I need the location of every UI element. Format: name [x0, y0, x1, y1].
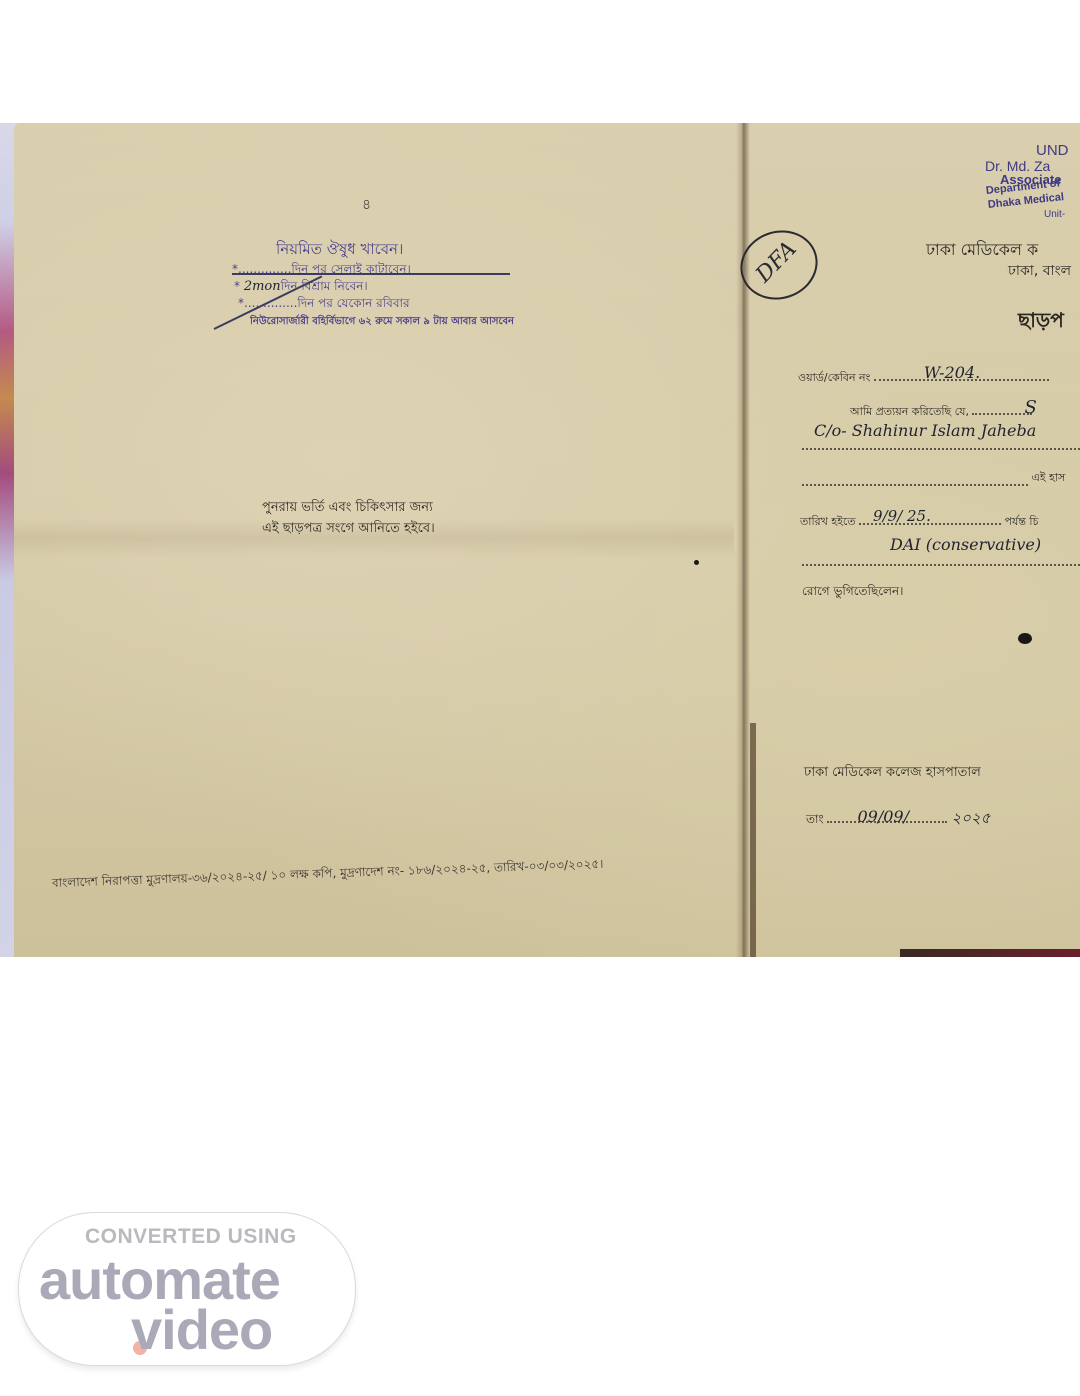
patient-field: C/o- Shahinur Islam Jaheba [802, 435, 1080, 450]
document-photo: ৪ নিয়মিত ঔষুধ খাবেন। *..............দিন… [0, 123, 1080, 957]
diagnosis-field: DAI (conservative) [802, 551, 1080, 566]
ward-value: W-204. [924, 363, 980, 382]
hospital-stay-suffix: এই হাস [1032, 471, 1066, 484]
strike-line-1 [232, 273, 510, 275]
footer-date-field: তাং 09/09/ ২০২৫ [806, 807, 990, 832]
ink-blot [1018, 633, 1032, 644]
discharge-paper: ৪ নিয়মিত ঔষুধ খাবেন। *..............দিন… [14, 123, 1080, 957]
instruction-3-text: দিন পর যেকোন রবিবার [297, 296, 409, 310]
footer-year: ২০২৫ [951, 809, 990, 827]
stamp-line-1: UND [1036, 143, 1069, 159]
hospital-stay-field: এই হাস [802, 469, 1065, 488]
patient-name: C/o- Shahinur Islam Jaheba [814, 421, 1036, 440]
ward-field: ওয়ার্ড/কেবিন নং W-204. [798, 369, 1049, 388]
date-from-label: তারিখ হইতে [800, 515, 856, 528]
followup-stamp: নিউরোসার্জারী বহির্বিভাগে ৬২ রুমে সকাল ৯… [250, 314, 514, 331]
page-number: ৪ [362, 193, 371, 217]
ward-label: ওয়ার্ড/কেবিন নং [798, 371, 870, 384]
hospital-stay-dotted-line [802, 471, 1028, 486]
instruction-3: *..............দিন পর যেকোন রবিবার [238, 295, 410, 315]
rest-days-handwritten: 2mon [244, 279, 281, 294]
stamp-unit: Unit- [1044, 210, 1065, 221]
ink-dot [694, 560, 699, 565]
certify-field: আমি প্রত্যয়ন করিতেছি যে, S [850, 403, 1032, 422]
footer-date-value: 09/09/ [857, 807, 909, 826]
date-from-field: তারিখ হইতে 9/9/ 25. পর্যন্ত চি [800, 513, 1039, 532]
certify-value: S [1024, 397, 1036, 418]
instruction-2-prefix: * [234, 279, 240, 293]
until-label: পর্যন্ত চি [1005, 515, 1039, 528]
watermark-caption: CONVERTED USING [85, 1225, 297, 1249]
instructions-title: নিয়মিত ঔষুধ খাবেন। [276, 238, 403, 263]
printer-footer: বাংলাদেশ নিরাপত্তা মুদ্রণালয়-৩৬/২০২৪-২৫… [52, 856, 604, 895]
readmission-note-line2: এই ছাড়পত্র সংগে আনিতে হইবে। [262, 519, 435, 540]
instruction-3-prefix: *.............. [238, 296, 297, 310]
date-from-value: 9/9/ 25. [873, 507, 931, 525]
diagnosis-value: DAI (conservative) [890, 535, 1041, 554]
converter-watermark: CONVERTED USING automate video [18, 1212, 356, 1366]
footer-date-label: তাং [806, 812, 824, 826]
watermark-suffix: video [131, 1297, 272, 1362]
certify-dotted-line: S [972, 413, 1032, 415]
readmission-note-line1: পুনরায় ভর্তি এবং চিকিৎসার জন্য [262, 498, 433, 519]
form-title: ছাড়প [1018, 306, 1064, 339]
footer-date-dotted-line: 09/09/ [827, 821, 947, 823]
footer-hospital: ঢাকা মেডিকেল কলেজ হাসপাতাল [804, 763, 981, 784]
diagnosis-dotted-line: DAI (conservative) [802, 551, 1080, 566]
certify-label: আমি প্রত্যয়ন করিতেছি যে, [850, 405, 969, 418]
date-from-dotted-line: 9/9/ 25. [859, 523, 1001, 525]
patient-dotted-line: C/o- Shahinur Islam Jaheba [802, 435, 1080, 450]
fold-shadow [750, 723, 756, 957]
paper-edge-shadow [900, 949, 1080, 957]
suffering-label: রোগে ভুগিতেছিলেন। [802, 583, 903, 603]
hospital-city: ঢাকা, বাংল [1008, 259, 1071, 283]
ward-dotted-line: W-204. [874, 379, 1049, 381]
